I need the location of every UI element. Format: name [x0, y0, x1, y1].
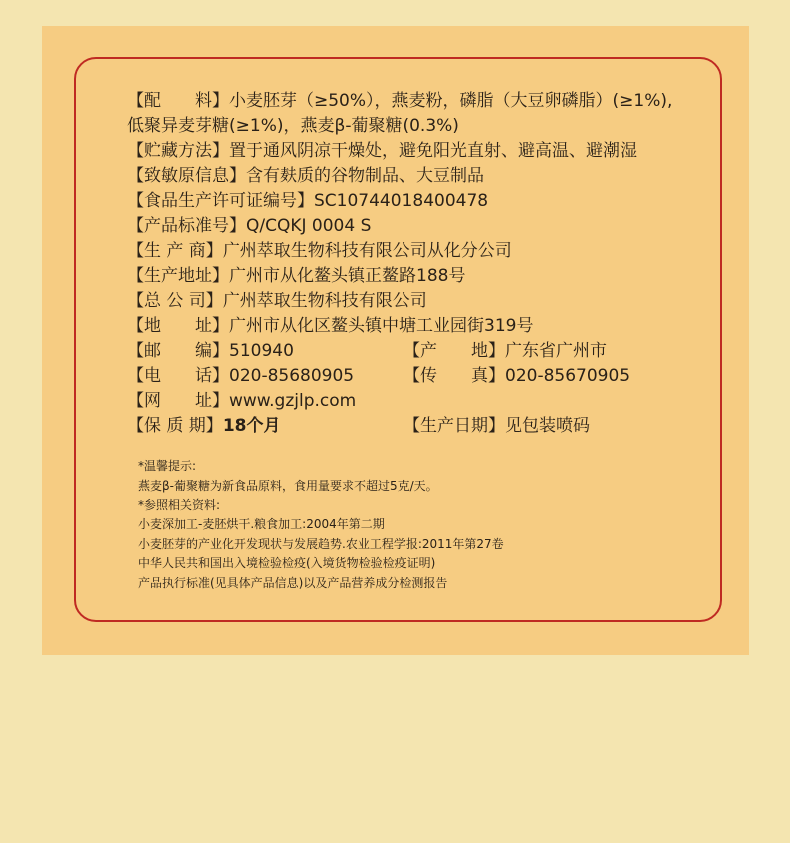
ingredients-line2: 低聚异麦芽糖(≥1%)，燕麦β-葡聚糖(0.3%)	[127, 116, 459, 136]
producer-label: 【生 产 商】	[127, 241, 223, 261]
head-company-row: 【总 公 司】广州萃取生物科技有限公司	[127, 291, 427, 311]
ref-title: *参照相关资料:	[138, 498, 220, 512]
phone-label: 【电 话】	[127, 366, 229, 386]
postcode-value: 510940	[229, 341, 294, 361]
ref-item: 产品执行标准(见具体产品信息)以及产品营养成分检测报告	[138, 576, 447, 590]
production-date-value: 见包装喷码	[505, 416, 590, 436]
address-label: 【地 址】	[127, 316, 229, 336]
head-company-value: 广州萃取生物科技有限公司	[223, 291, 427, 311]
fax-value: 020-85670905	[505, 366, 630, 386]
license-row: 【食品生产许可证编号】SC10744018400478	[127, 191, 488, 211]
shelf-life-label: 【保 质 期】	[127, 416, 223, 436]
website-label: 【网 址】	[127, 391, 229, 411]
website-value: www.gzjlp.com	[229, 391, 356, 411]
storage-value: 置于通风阴凉干燥处，避免阳光直射、避高温、避潮湿	[229, 141, 637, 161]
phone-row: 【电 话】020-85680905	[127, 366, 354, 386]
license-value: SC10744018400478	[314, 191, 488, 211]
producer-value: 广州萃取生物科技有限公司从化分公司	[223, 241, 512, 261]
standard-value: Q/CQKJ 0004 S	[246, 216, 371, 236]
allergen-row: 【致敏原信息】含有麸质的谷物制品、大豆制品	[127, 166, 484, 186]
ingredients-row: 【配 料】小麦胚芽（≥50%），燕麦粉，磷脂（大豆卵磷脂）(≥1%),	[127, 91, 672, 111]
production-address-row: 【生产地址】广州市从化鳌头镇正鳌路188号	[127, 266, 465, 286]
shelf-life-value: 18个月	[223, 416, 281, 436]
production-address-label: 【生产地址】	[127, 266, 229, 286]
ref-item: 中华人民共和国出入境检验检疫(入境货物检验检疫证明)	[138, 556, 435, 570]
producer-row: 【生 产 商】广州萃取生物科技有限公司从化分公司	[127, 241, 512, 261]
origin-value: 广东省广州市	[505, 341, 607, 361]
shelf-life-row: 【保 质 期】18个月	[127, 416, 280, 436]
storage-label: 【贮藏方法】	[127, 141, 229, 161]
storage-row: 【贮藏方法】置于通风阴凉干燥处，避免阳光直射、避高温、避潮湿	[127, 141, 637, 161]
allergen-label: 【致敏原信息】	[127, 166, 246, 186]
standard-label: 【产品标准号】	[127, 216, 246, 236]
ingredients-label: 【配 料】	[127, 91, 229, 111]
production-address-value: 广州市从化鳌头镇正鳌路188号	[229, 266, 465, 286]
standard-row: 【产品标准号】Q/CQKJ 0004 S	[127, 216, 371, 236]
production-date-row: 【生产日期】见包装喷码	[403, 416, 590, 436]
website-row: 【网 址】www.gzjlp.com	[127, 391, 356, 411]
head-company-label: 【总 公 司】	[127, 291, 223, 311]
address-row: 【地 址】广州市从化区鳌头镇中塘工业园街319号	[127, 316, 533, 336]
postcode-label: 【邮 编】	[127, 341, 229, 361]
ingredients-value: 小麦胚芽（≥50%），燕麦粉，磷脂（大豆卵磷脂）(≥1%),	[229, 91, 672, 111]
tip-title: *温馨提示:	[138, 459, 196, 473]
phone-value: 020-85680905	[229, 366, 354, 386]
origin-label: 【产 地】	[403, 341, 505, 361]
ref-item: 小麦胚芽的产业化开发现状与发展趋势.农业工程学报:2011年第27卷	[138, 537, 504, 551]
ref-item: 小麦深加工-麦胚烘干.粮食加工:2004年第二期	[138, 517, 385, 531]
fax-label: 【传 真】	[403, 366, 505, 386]
fax-row: 【传 真】020-85670905	[403, 366, 630, 386]
origin-row: 【产 地】广东省广州市	[403, 341, 607, 361]
postcode-row: 【邮 编】510940	[127, 341, 294, 361]
license-label: 【食品生产许可证编号】	[127, 191, 314, 211]
address-value: 广州市从化区鳌头镇中塘工业园街319号	[229, 316, 533, 336]
tip-text: 燕麦β-葡聚糖为新食品原料，食用量要求不超过5克/天。	[138, 479, 438, 493]
production-date-label: 【生产日期】	[403, 416, 505, 436]
allergen-value: 含有麸质的谷物制品、大豆制品	[246, 166, 484, 186]
